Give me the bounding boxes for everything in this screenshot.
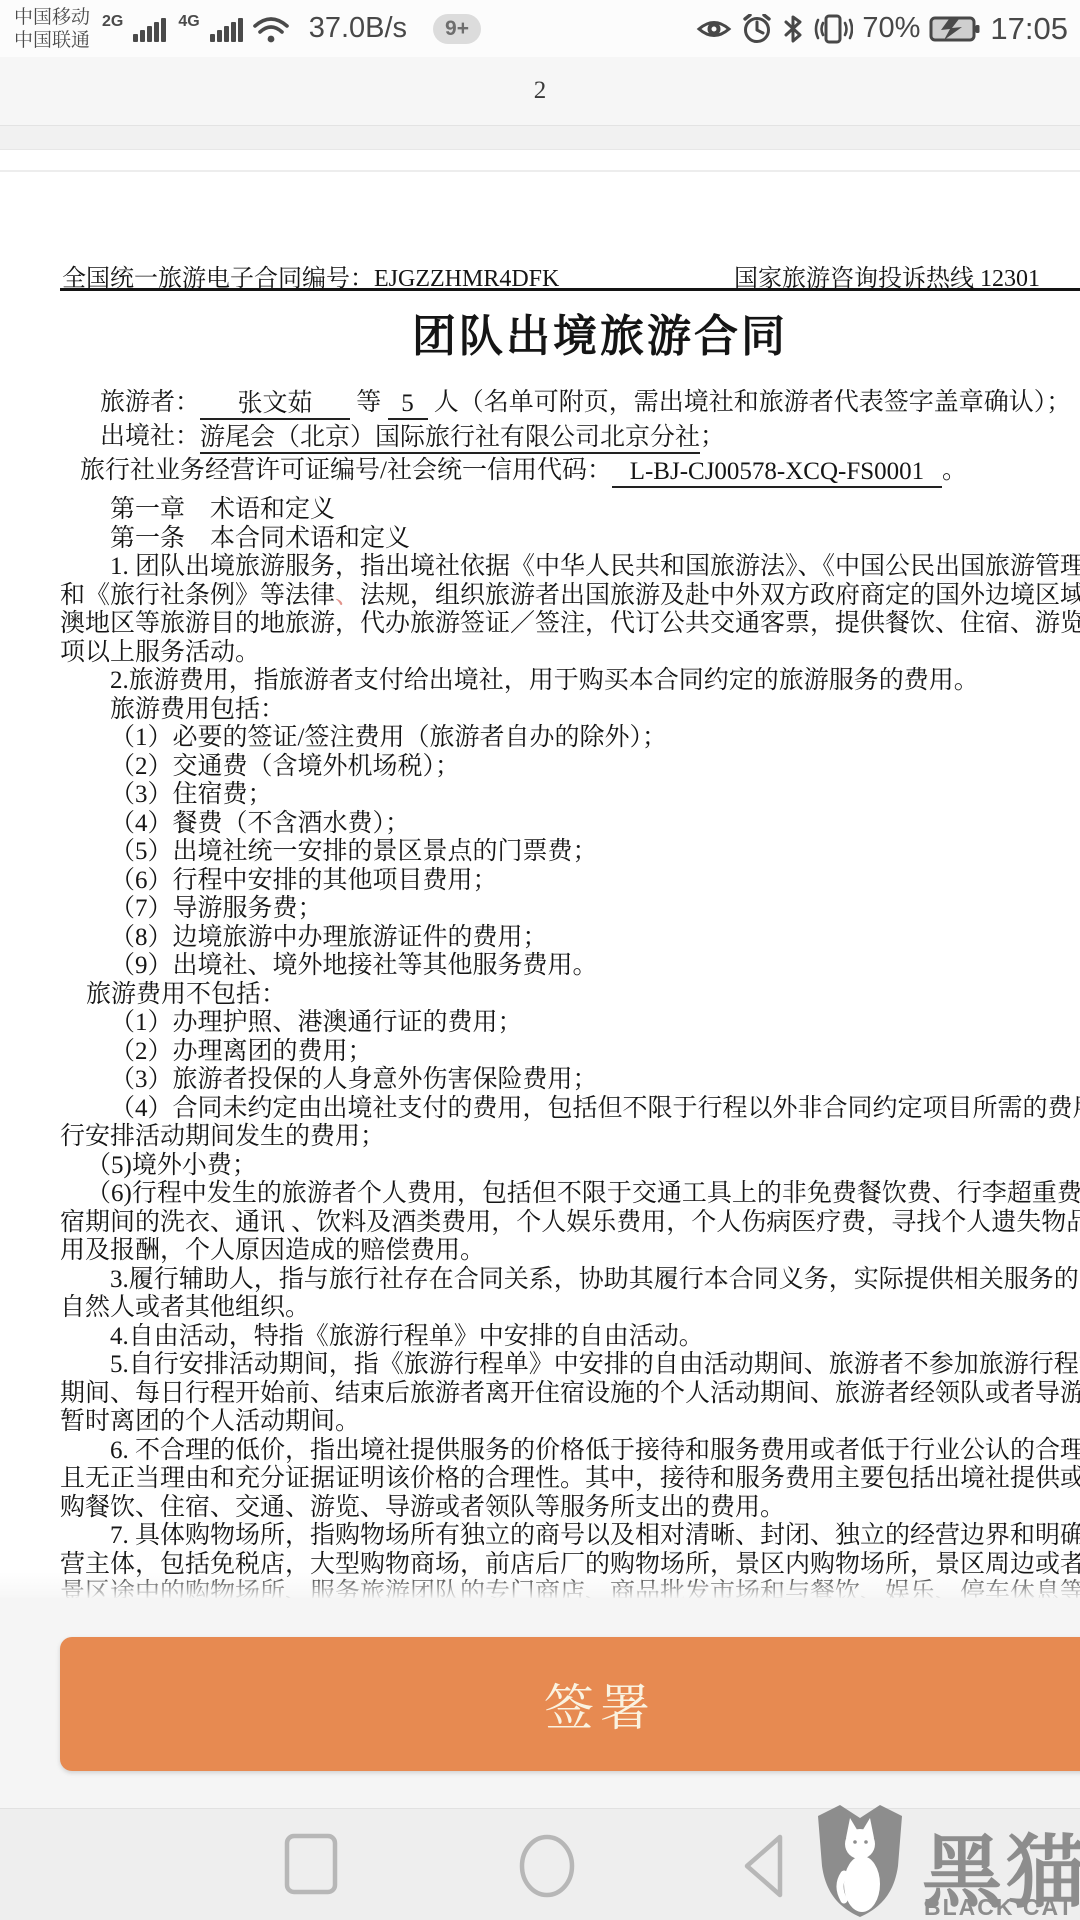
document-line: 3.履行辅助人，指与旅行社存在合同关系，协助其履行本合同义务，实际提供相关服务的	[60, 1266, 1080, 1295]
document-line: （6)行程中发生的旅游者个人费用，包括但不限于交通工具上的非免费餐饮费、行李超重…	[60, 1180, 1080, 1209]
back-triangle-icon[interactable]	[742, 1833, 784, 1899]
document-line: 宿期间的洗衣、通讯 、饮料及酒类费用，个人娱乐费用，个人伤病医疗费，寻找个人遗失…	[60, 1209, 1080, 1238]
document-line: （8）边境旅游中办理旅游证件的费用；	[60, 924, 1080, 953]
collapsed-toolbar-band	[0, 125, 1080, 150]
home-circle-icon[interactable]	[518, 1833, 576, 1899]
document-line: （6）行程中安排的其他项目费用；	[60, 867, 1080, 896]
document-line: 用及报酬，个人原因造成的赔偿费用。	[60, 1237, 1080, 1266]
signal-bars-2g-icon	[133, 16, 166, 42]
contract-parties: 旅游者：张文茹 等 5 人（名单可附页，需出境社和旅游者代表签字盖章确认）； 出…	[60, 386, 1080, 488]
network-type-4g: 4G	[178, 13, 199, 31]
document-line: （9）出境社、境外地接社等其他服务费用。	[60, 952, 1080, 981]
signal-bars-4g-icon	[210, 16, 243, 42]
license-line: 旅行社业务经营许可证编号/社会统一信用代码：L-BJ-CJ00578-XCQ-F…	[60, 454, 1080, 488]
network-type-2g: 2G	[102, 13, 123, 31]
contract-title: 团队出境旅游合同	[60, 300, 1080, 364]
document-line: 行安排活动期间发生的费用；	[60, 1123, 1080, 1152]
document-line: （4）合同未约定由出境社支付的费用，包括但不限于行程以外非合同约定项目所需的费用	[60, 1095, 1080, 1124]
document-line: 营主体，包括免税店，大型购物商场，前店后厂的购物场所，景区内购物场所，景区周边或…	[60, 1551, 1080, 1580]
status-bar: 中国移动 中国联通 2G 4G 37.0B/s 9+	[0, 0, 1080, 57]
notification-count-badge: 9+	[433, 14, 481, 44]
document-line: 且无正当理由和充分证据证明该价格的合理性。其中，接待和服务费用主要包括出境社提供…	[60, 1465, 1080, 1494]
agency-name-field: 游尾会（北京）国际旅行社有限公司北京分社	[200, 421, 700, 454]
document-line: （5)境外小费；	[60, 1152, 1080, 1181]
document-line: （2）办理离团的费用；	[60, 1038, 1080, 1067]
document-line: 5.自行安排活动期间，指《旅游行程单》中安排的自由活动期间、旅游者不参加旅游行程…	[60, 1351, 1080, 1380]
document-line: 和《旅行社条例》等法律、法规，组织旅游者出国旅游及赴中外双方政府商定的国外边境区…	[60, 582, 1080, 611]
traveler-name-field: 张文茹	[200, 387, 350, 420]
status-bar-left: 中国移动 中国联通 2G 4G 37.0B/s 9+	[0, 6, 481, 52]
document-line: （1）办理护照、港澳通行证的费用；	[60, 1009, 1080, 1038]
agency-label: 出境社：	[100, 423, 200, 450]
document-line: 澳地区等旅游目的地旅游，代办旅游签证／签注，代订公共交通客票，提供餐饮、住宿、游…	[60, 610, 1080, 639]
license-suffix: 。	[942, 457, 967, 484]
document-line: 项以上服务活动。	[60, 639, 1080, 668]
header-rule	[60, 288, 1080, 291]
battery-charging-icon	[929, 14, 981, 44]
black-cat-watermark: 黑猫 BLACK CAT	[810, 1798, 1080, 1920]
eye-icon	[696, 16, 732, 42]
document-line: （2）交通费（含境外机场税）；	[60, 753, 1080, 782]
traveler-suffix: 人（名单可附页，需出境社和旅游者代表签字盖章确认）；	[434, 389, 1072, 416]
document-line: 6. 不合理的低价，指出境社提供服务的价格低于接待和服务费用或者低于行业公认的合…	[60, 1437, 1080, 1466]
document-line: （5）出境社统一安排的景区景点的门票费；	[60, 838, 1080, 867]
document-line: 1. 团队出境旅游服务，指出境社依据《中华人民共和国旅游法》、《中国公民出国旅游…	[60, 553, 1080, 582]
wifi-icon	[251, 14, 291, 44]
document-body-lines: 第一章 术语和定义第一条 本合同术语和定义1. 团队出境旅游服务，指出境社依据《…	[60, 496, 1080, 1598]
page-number: 2	[534, 77, 547, 105]
document-line: 7. 具体购物场所，指购物场所有独立的商号以及相对清晰、封闭、独立的经营边界和明…	[60, 1522, 1080, 1551]
network-speed: 37.0B/s	[309, 12, 407, 45]
document-line: 自然人或者其他组织。	[60, 1294, 1080, 1323]
recents-square-icon[interactable]	[284, 1833, 338, 1895]
vibrate-icon	[813, 14, 853, 44]
document-line: （1）必要的签证/签注费用（旅游者自办的除外）；	[60, 724, 1080, 753]
sign-button[interactable]: 签署	[60, 1637, 1080, 1771]
document-line: 第一条 本合同术语和定义	[60, 525, 1080, 554]
carrier-2: 中国联通	[14, 29, 90, 52]
deng-text: 等	[356, 389, 381, 416]
status-bar-right: 70% 17:05	[696, 11, 1080, 47]
agency-suffix: ；	[700, 423, 725, 450]
document-line: 暂时离团的个人活动期间。	[60, 1408, 1080, 1437]
page-indicator-strip: 2	[0, 57, 1080, 125]
phone-screen: 中国移动 中国联通 2G 4G 37.0B/s 9+	[0, 0, 1080, 1920]
document-line: 2.旅游费用，指旅游者支付给出境社，用于购买本合同约定的旅游服务的费用。	[60, 667, 1080, 696]
traveler-count-field: 5	[388, 387, 428, 420]
traveler-line: 旅游者：张文茹 等 5 人（名单可附页，需出境社和旅游者代表签字盖章确认）；	[60, 386, 1080, 420]
bluetooth-icon	[782, 14, 804, 44]
document-line: 第一章 术语和定义	[60, 496, 1080, 525]
license-value-field: L-BJ-CJ00578-XCQ-FS0001	[612, 455, 942, 488]
document-line: （3）旅游者投保的人身意外伤害保险费用；	[60, 1066, 1080, 1095]
license-label: 旅行社业务经营许可证编号/社会统一信用代码：	[80, 457, 612, 484]
contract-document[interactable]: 全国统一旅游电子合同编号：EJGZZHMR4DFK 国家旅游咨询投诉热线 123…	[0, 172, 1080, 1598]
carrier-names: 中国移动 中国联通	[14, 6, 90, 52]
document-line: （3）住宿费；	[60, 781, 1080, 810]
agency-line: 出境社：游尾会（北京）国际旅行社有限公司北京分社；	[60, 420, 1080, 454]
battery-percent: 70%	[862, 12, 920, 45]
watermark-en-text: BLACK CAT	[924, 1894, 1074, 1920]
document-line: 期间、每日行程开始前、结束后旅游者离开住宿设施的个人活动期间、旅游者经领队或者导…	[60, 1380, 1080, 1409]
document-line: 景区途中的购物场所、服务旅游团队的专门商店、商品批发市场和与餐饮、娱乐、停车休息…	[60, 1579, 1080, 1598]
traveler-label: 旅游者：	[100, 389, 200, 416]
black-cat-shield-icon	[810, 1802, 910, 1920]
document-line: 4.自由活动，特指《旅游行程单》中安排的自由活动。	[60, 1323, 1080, 1352]
status-time: 17:05	[990, 11, 1068, 47]
carrier-1: 中国移动	[14, 6, 90, 29]
document-line: 购餐饮、住宿、交通、游览、导游或者领队等服务所支出的费用。	[60, 1494, 1080, 1523]
alarm-icon	[741, 14, 773, 44]
document-line: 旅游费用不包括：	[60, 981, 1080, 1010]
document-line: （4）餐费（不含酒水费）；	[60, 810, 1080, 839]
document-line: （7）导游服务费；	[60, 895, 1080, 924]
document-line: 旅游费用包括：	[60, 696, 1080, 725]
